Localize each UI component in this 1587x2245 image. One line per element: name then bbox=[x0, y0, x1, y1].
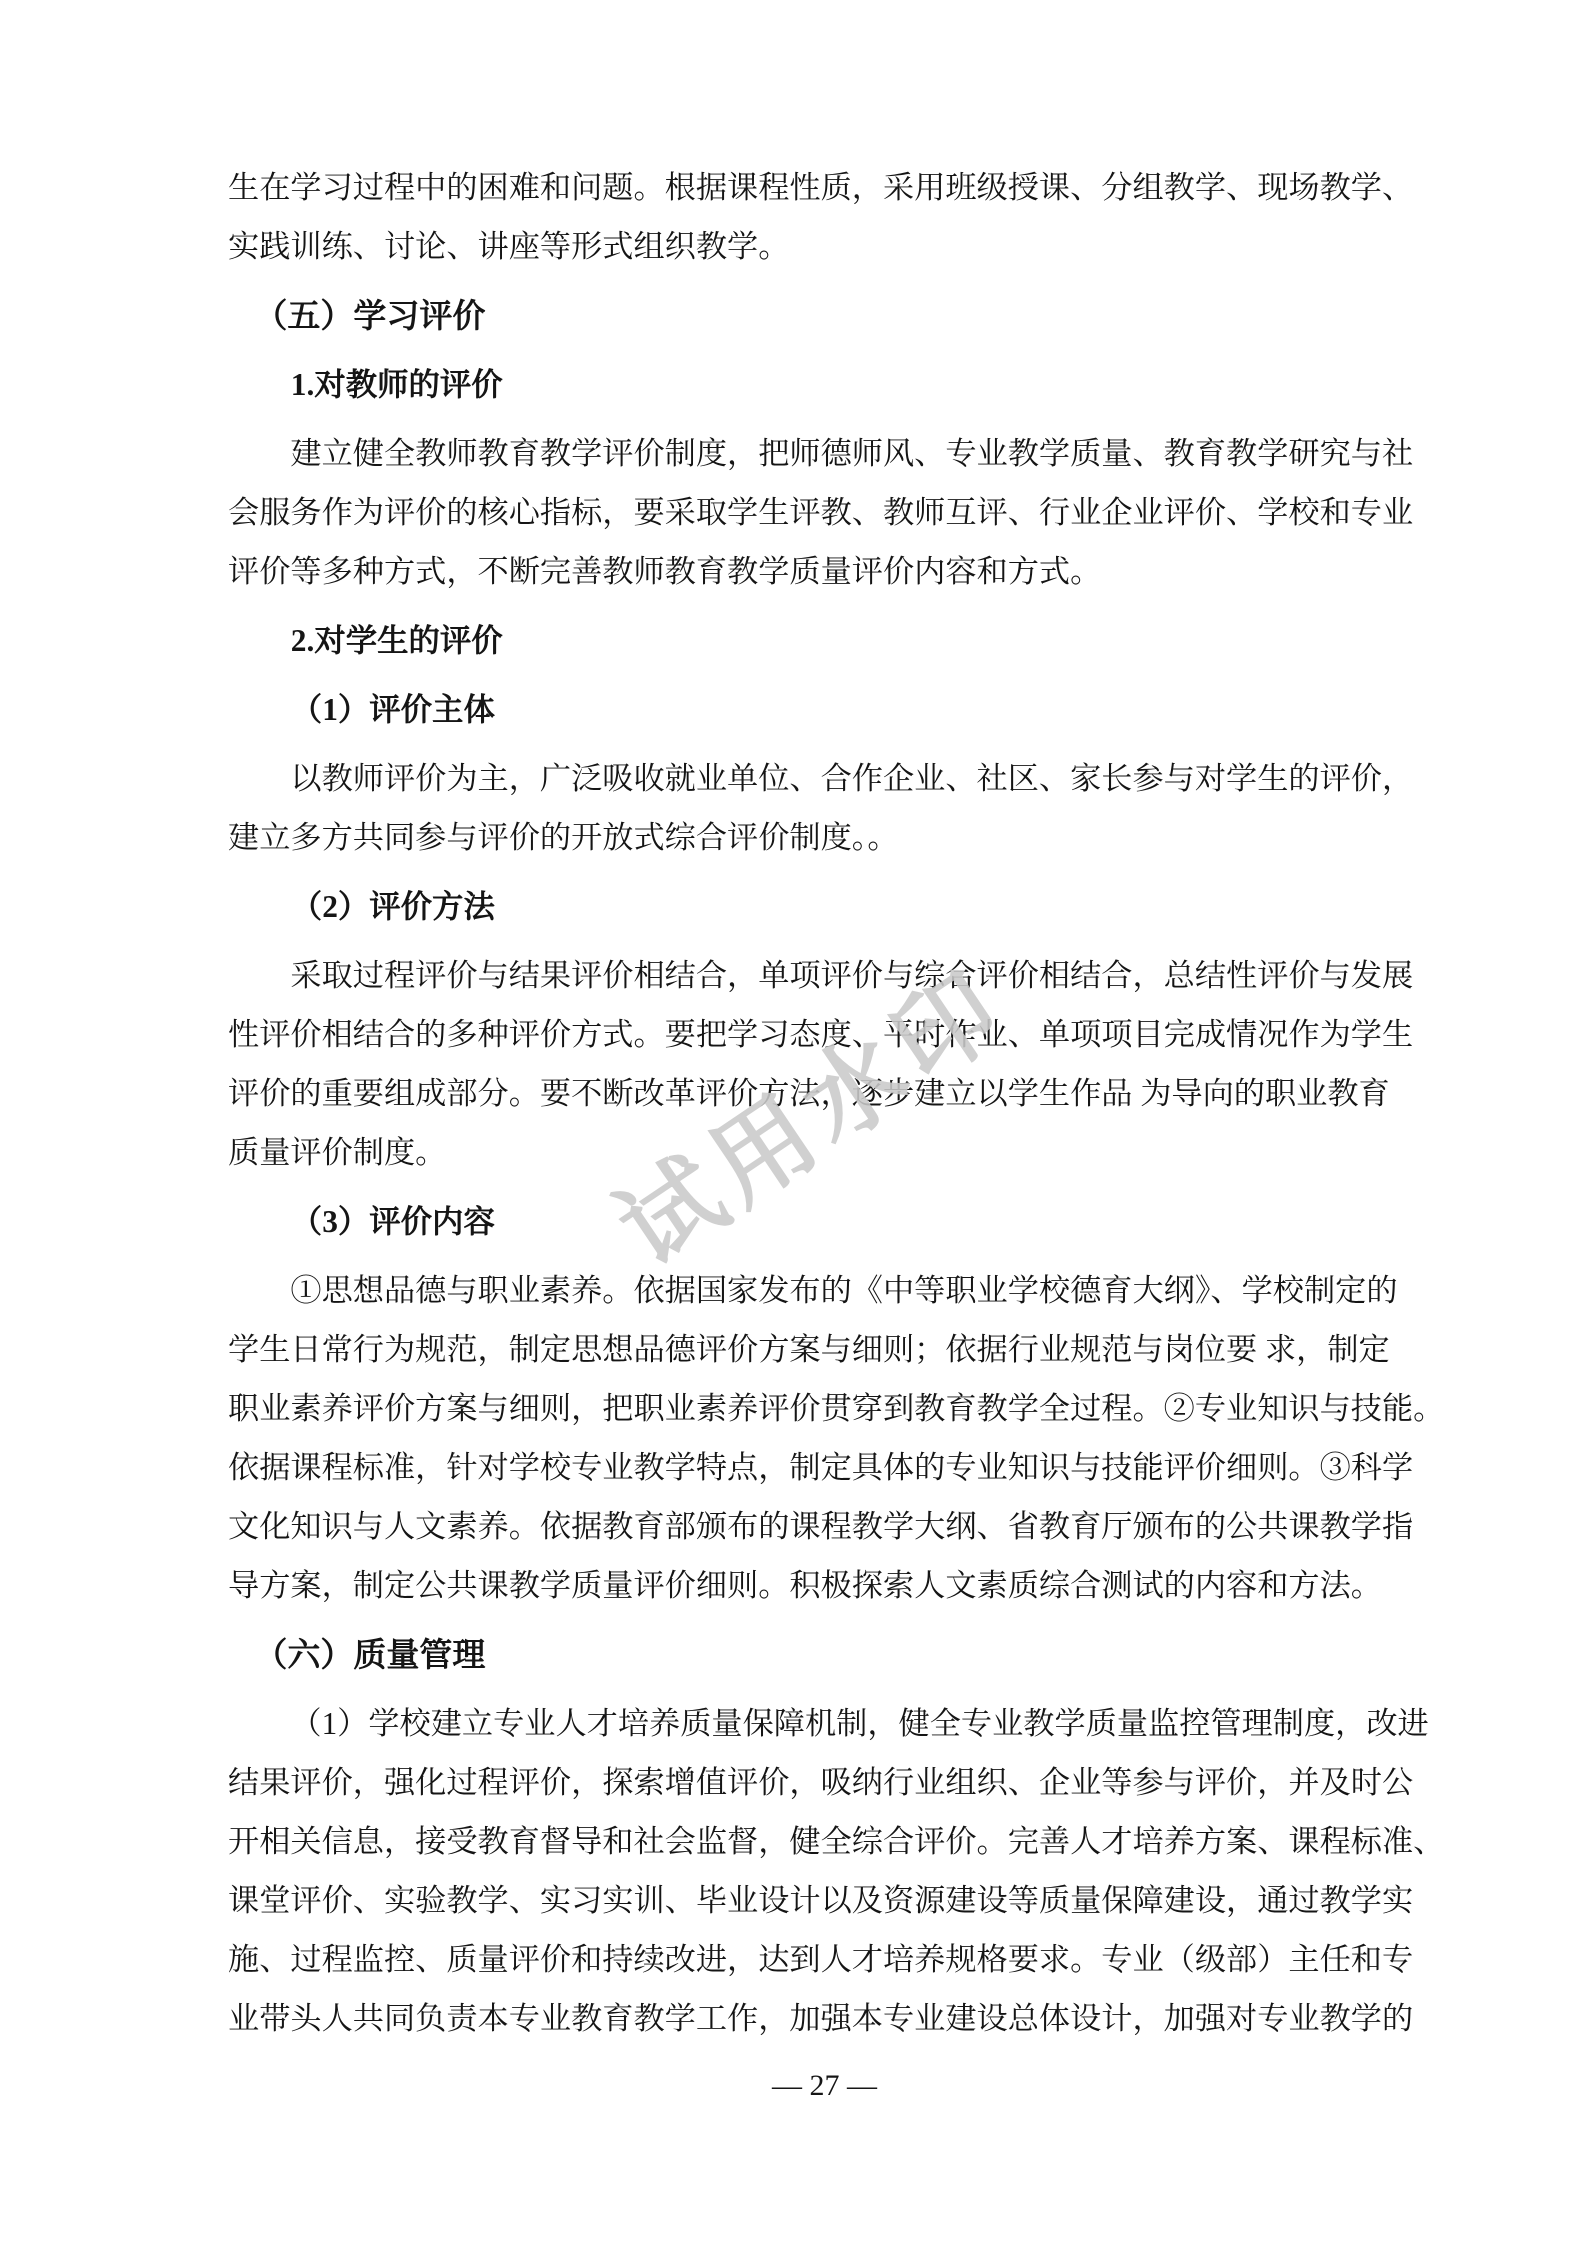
text-line: 采取过程评价与结果评价相结合，单项评价与综合评价相结合，总结性评价与发展 bbox=[228, 946, 1421, 1005]
heading-evaluation-content: （3）评价内容 bbox=[228, 1192, 1421, 1251]
paragraph-evaluation-subject: 以教师评价为主，广泛吸收就业单位、合作企业、社区、家长参与对学生的评价，建立多方… bbox=[228, 749, 1421, 867]
heading-evaluation-subject: （1）评价主体 bbox=[228, 680, 1421, 739]
text-line: （1）评价主体 bbox=[228, 680, 1421, 739]
text-line: 以教师评价为主，广泛吸收就业单位、合作企业、社区、家长参与对学生的评价， bbox=[228, 749, 1421, 808]
text-line: 文化知识与人文素养。依据教育部颁布的课程教学大纲、省教育厅颁布的公共课教学指 bbox=[228, 1497, 1421, 1556]
text-line: 依据课程标准，针对学校专业教学特点，制定具体的专业知识与技能评价细则。③科学 bbox=[228, 1438, 1421, 1497]
heading-student-evaluation: 2.对学生的评价 bbox=[228, 611, 1421, 670]
text-line: 性评价相结合的多种评价方式。要把学习态度、平时作业、单项项目完成情况作为学生 bbox=[228, 1005, 1421, 1064]
text-line: （六）质量管理 bbox=[228, 1625, 1421, 1684]
text-line: （2）评价方法 bbox=[228, 877, 1421, 936]
text-line: 会服务作为评价的核心指标，要采取学生评教、教师互评、行业企业评价、学校和专业 bbox=[228, 483, 1421, 542]
text-line: 导方案，制定公共课教学质量评价细则。积极探索人文素质综合测试的内容和方法。 bbox=[228, 1556, 1421, 1615]
text-line: 学生日常行为规范，制定思想品德评价方案与细则；依据行业规范与岗位要 求，制定 bbox=[228, 1320, 1421, 1379]
text-line: 生在学习过程中的困难和问题。根据课程性质，采用班级授课、分组教学、现场教学、 bbox=[228, 158, 1421, 217]
text-line: （3）评价内容 bbox=[228, 1192, 1421, 1251]
heading-section-6-quality-management: （六）质量管理 bbox=[228, 1625, 1421, 1684]
heading-teacher-evaluation: 1.对教师的评价 bbox=[228, 355, 1421, 414]
paragraph-evaluation-content: ①思想品德与职业素养。依据国家发布的《中等职业学校德育大纲》、学校制定的学生日常… bbox=[228, 1261, 1421, 1615]
text-line: 2.对学生的评价 bbox=[228, 611, 1421, 670]
heading-evaluation-method: （2）评价方法 bbox=[228, 877, 1421, 936]
page-number: — 27 — bbox=[228, 2066, 1421, 2106]
text-line: 评价等多种方式，不断完善教师教育教学质量评价内容和方式。 bbox=[228, 542, 1421, 601]
page-body: 生在学习过程中的困难和问题。根据课程性质，采用班级授课、分组教学、现场教学、实践… bbox=[228, 158, 1421, 2048]
heading-section-5-learning-evaluation: （五）学习评价 bbox=[228, 286, 1421, 345]
paragraph-quality-management: （1）学校建立专业人才培养质量保障机制，健全专业教学质量监控管理制度，改进结果评… bbox=[228, 1694, 1421, 2048]
text-line: 业带头人共同负责本专业教育教学工作，加强本专业建设总体设计，加强对专业教学的 bbox=[228, 1989, 1421, 2048]
document-page: 生在学习过程中的困难和问题。根据课程性质，采用班级授课、分组教学、现场教学、实践… bbox=[0, 0, 1587, 2245]
paragraph-evaluation-method: 采取过程评价与结果评价相结合，单项评价与综合评价相结合，总结性评价与发展性评价相… bbox=[228, 946, 1421, 1182]
text-line: 1.对教师的评价 bbox=[228, 355, 1421, 414]
text-line: 结果评价，强化过程评价，探索增值评价，吸纳行业组织、企业等参与评价，并及时公 bbox=[228, 1753, 1421, 1812]
text-line: （1）学校建立专业人才培养质量保障机制，健全专业教学质量监控管理制度，改进 bbox=[228, 1694, 1421, 1753]
text-line: 建立多方共同参与评价的开放式综合评价制度。。 bbox=[228, 808, 1421, 867]
paragraph-continued-teaching-forms: 生在学习过程中的困难和问题。根据课程性质，采用班级授课、分组教学、现场教学、实践… bbox=[228, 158, 1421, 276]
text-line: ①思想品德与职业素养。依据国家发布的《中等职业学校德育大纲》、学校制定的 bbox=[228, 1261, 1421, 1320]
text-line: （五）学习评价 bbox=[228, 286, 1421, 345]
text-line: 实践训练、讨论、讲座等形式组织教学。 bbox=[228, 217, 1421, 276]
paragraph-teacher-evaluation: 建立健全教师教育教学评价制度，把师德师风、专业教学质量、教育教学研究与社会服务作… bbox=[228, 424, 1421, 601]
text-line: 质量评价制度。 bbox=[228, 1123, 1421, 1182]
text-line: 评价的重要组成部分。要不断改革评价方法，逐步建立以学生作品 为导向的职业教育 bbox=[228, 1064, 1421, 1123]
text-line: 开相关信息，接受教育督导和社会监督，健全综合评价。完善人才培养方案、课程标准、 bbox=[228, 1812, 1421, 1871]
text-line: 施、过程监控、质量评价和持续改进，达到人才培养规格要求。专业（级部）主任和专 bbox=[228, 1930, 1421, 1989]
text-line: 建立健全教师教育教学评价制度，把师德师风、专业教学质量、教育教学研究与社 bbox=[228, 424, 1421, 483]
text-line: 职业素养评价方案与细则，把职业素养评价贯穿到教育教学全过程。②专业知识与技能。 bbox=[228, 1379, 1421, 1438]
text-line: 课堂评价、实验教学、实习实训、毕业设计以及资源建设等质量保障建设，通过教学实 bbox=[228, 1871, 1421, 1930]
